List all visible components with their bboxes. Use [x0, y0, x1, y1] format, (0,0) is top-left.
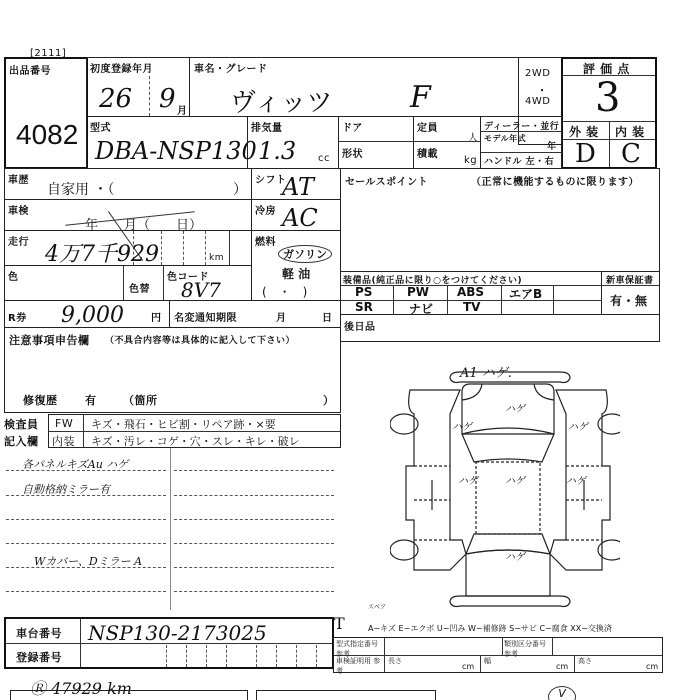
inspector-table: FW キズ・飛石・ヒビ割・リペア跡・×要 内装 キズ・汚レ・コゲ・穴・スレ・キレ…: [48, 414, 341, 448]
shift-box: シフト AT: [251, 168, 341, 200]
repair-close: ）: [323, 392, 335, 408]
bottom-middle-box: [256, 690, 436, 700]
load-label: 積載: [417, 145, 438, 160]
first-reg-year: 26: [99, 84, 132, 114]
later-items-box: 後日品: [340, 314, 660, 342]
damage-mark-roof: ハゲ: [505, 472, 525, 487]
fw-items: キズ・飛石・ヒビ割・リペア跡・×要: [91, 416, 276, 432]
handwritten-note-5: Wカバー、Dミラー A: [34, 553, 142, 569]
damage-mark-hood: ハゲ: [505, 400, 525, 415]
repair-label: 修復歴: [23, 392, 58, 408]
legend-t: T: [334, 614, 345, 633]
interior-items-label: 内装: [52, 433, 75, 449]
height-cm-unit: cm: [646, 662, 658, 671]
kg-unit: kg: [464, 155, 477, 166]
fuel-label: 燃料: [255, 233, 276, 248]
fuel-gasoline: ガソリン: [278, 245, 332, 263]
bottom-left-box: [10, 690, 248, 700]
yen-unit: 円: [151, 309, 162, 324]
sales-point-box: セールスポイント （正常に機能するものに限ります）: [340, 168, 660, 272]
damage-mark-right-door: ハゲ: [566, 472, 586, 487]
ac-value: AC: [282, 204, 318, 232]
equipment-airbag: エアB: [509, 285, 542, 302]
model-type-box: 型式 DBA-NSP130: [86, 116, 248, 169]
cert-label: 車検証明用 参考: [336, 656, 382, 676]
displacement-box: 排気量 1.3 cc: [247, 116, 339, 169]
dealer-box: ディーラー・並行 モデル年式 年 ハンドル 左・右: [480, 116, 562, 169]
equipment-abs: ABS: [457, 285, 484, 299]
name-change-label: 名変通知期限: [174, 309, 237, 324]
damage-legend: A−キズ E−エクボ U−凹み W−補修跡 S−サビ C−腐食 XX−交換済: [368, 623, 612, 634]
model-year-label: モデル年式: [484, 133, 526, 144]
interior-grade: C: [621, 139, 641, 169]
mileage-box: 走行 4万7千929 km: [4, 230, 252, 266]
history-close: ）: [233, 179, 247, 199]
notes-title: 注意事項申告欄: [9, 332, 90, 348]
exterior-label: 外 装: [569, 123, 599, 140]
name-change-day: 日: [322, 309, 333, 324]
equipment-sr: SR: [355, 300, 373, 314]
displacement-value: 1.3: [258, 137, 296, 165]
handwritten-note-2: 自動格納ミラー有: [22, 481, 110, 497]
lot-box: 出品番号 4082: [4, 57, 88, 169]
handle-label: ハンドル 左・右: [484, 154, 554, 167]
later-items-label: 後日品: [344, 318, 376, 333]
car-name-label: 車名・グレード: [194, 60, 268, 75]
equipment-pw: PW: [407, 285, 429, 299]
shape-label: 形状: [342, 145, 363, 160]
length-cm-unit: cm: [462, 662, 474, 671]
history-box: 車歴 自家用 ・（ ）: [4, 168, 252, 200]
equipment-tv: TV: [463, 300, 480, 314]
capacity-label: 定員: [417, 119, 438, 134]
grade: F: [410, 80, 431, 115]
color-label: 色: [8, 268, 19, 283]
chassis-box: 車台番号 NSP130-2173025 登録番号: [4, 617, 334, 669]
month-unit: 月: [177, 102, 188, 117]
warranty-value: 有・無: [610, 292, 648, 309]
height-label: 高さ: [578, 656, 592, 666]
year-unit: 年: [547, 139, 557, 152]
ac-label: 冷房: [255, 202, 276, 217]
damage-mark-right-fender: ハゲ: [568, 418, 588, 433]
cc-unit: cc: [318, 153, 330, 164]
sales-point-note: （正常に機能するものに限ります）: [471, 173, 639, 188]
interior-label: 内 装: [615, 123, 645, 140]
recycle-label: R券: [8, 309, 27, 324]
first-reg-label: 初度登録年月: [90, 60, 153, 75]
shaken-box: 車検 年 月（ 日）: [4, 199, 252, 231]
first-reg-month: 9: [159, 84, 176, 114]
reference-table: 型式指定番号 参考 類別区分番号 参考 車検証明用 参考 長さ cm 幅 cm …: [333, 637, 663, 673]
drive-2wd: 2WD: [525, 68, 550, 79]
history-label: 車歴: [8, 171, 29, 186]
handwritten-note-1: 各パネルキズAu ハゲ: [22, 456, 128, 472]
lot-label: 出品番号: [9, 62, 51, 77]
category-label: 類別区分番号 参考: [504, 639, 550, 659]
length-label: 長さ: [388, 656, 402, 666]
door-shape-box: ドア 形状: [338, 116, 414, 169]
circle-mark: V: [548, 686, 576, 700]
mileage-value: 4万7千929: [45, 237, 159, 268]
model-type-label: 型式: [90, 119, 111, 134]
entry-label: 記入欄: [4, 433, 39, 449]
notes-box: 注意事項申告欄 （不具合内容等は具体的に記入して下さい） 修復歴 有 （箇所 ）: [4, 327, 341, 413]
fuel-other: ( ・ ): [262, 283, 307, 300]
damage-mark-trunk: ハゲ: [505, 548, 525, 563]
car-name: ヴィッツ: [230, 82, 332, 119]
displacement-label: 排気量: [251, 119, 283, 134]
model-type-value: DBA-NSP130: [95, 137, 257, 165]
spare-label: スペア: [368, 602, 386, 611]
sales-point-title: セールスポイント: [345, 173, 428, 188]
name-change-box: 名変通知期限 月 日: [169, 300, 341, 328]
color-change-label: 色替: [129, 280, 150, 295]
shift-value: AT: [282, 173, 314, 201]
recycle-box: R券 9,000 円: [4, 300, 170, 328]
fuel-diesel: 軽 油: [282, 265, 310, 282]
color-code-value: 8V7: [181, 278, 221, 302]
equipment-ps: PS: [355, 285, 372, 299]
fuel-box: 燃料 ガソリン 軽 油 ( ・ ): [251, 230, 341, 301]
equipment-box: 装備品(純正品に限り○をつけてください) PS PW ABS エアB SR ナビ…: [340, 271, 602, 315]
drive-dot: ・: [537, 82, 548, 97]
repair-yes: 有: [85, 392, 97, 408]
notes-subtitle: （不具合内容等は具体的に記入して下さい）: [105, 333, 295, 346]
width-cm-unit: cm: [556, 662, 568, 671]
fw-label: FW: [55, 417, 73, 430]
car-name-box: 車名・グレード ヴィッツ F: [189, 57, 519, 117]
inspector-label: 検査員: [4, 416, 39, 432]
name-change-month: 月: [276, 309, 287, 324]
registration-label: 登録番号: [16, 649, 62, 665]
score-value: 3: [595, 75, 620, 121]
first-registration-box: 初度登録年月 26 9 月: [86, 57, 190, 117]
width-label: 幅: [484, 656, 491, 666]
warranty-box: 新車保証書 有・無: [601, 271, 660, 315]
chassis-label: 車台番号: [16, 625, 62, 641]
door-label: ドア: [342, 119, 363, 134]
km-unit: km: [209, 253, 224, 263]
history-value: 自家用 ・（: [47, 179, 114, 199]
chassis-value: NSP130-2173025: [88, 621, 267, 645]
score-box: 評 価 点 3 外 装 内 装 D C: [561, 57, 657, 169]
lot-number: 4082: [16, 119, 78, 151]
repair-place: （箇所: [123, 392, 158, 408]
damage-mark-left-fender: ハゲ: [452, 418, 472, 433]
damage-mark-left-door: ハゲ: [458, 472, 478, 487]
capacity-load-box: 定員 人 積載 kg: [413, 116, 481, 169]
exterior-grade: D: [575, 139, 596, 169]
ac-box: 冷房 AC: [251, 199, 341, 231]
drive-4wd: 4WD: [525, 96, 550, 107]
color-box: 色 色替 色コード 8V7: [4, 265, 252, 301]
mileage-label: 走行: [8, 233, 29, 248]
interior-items: キズ・汚レ・コゲ・穴・スレ・キレ・破レ: [91, 433, 300, 449]
shaken-label: 車検: [8, 202, 29, 217]
recycle-value: 9,000: [61, 303, 124, 328]
